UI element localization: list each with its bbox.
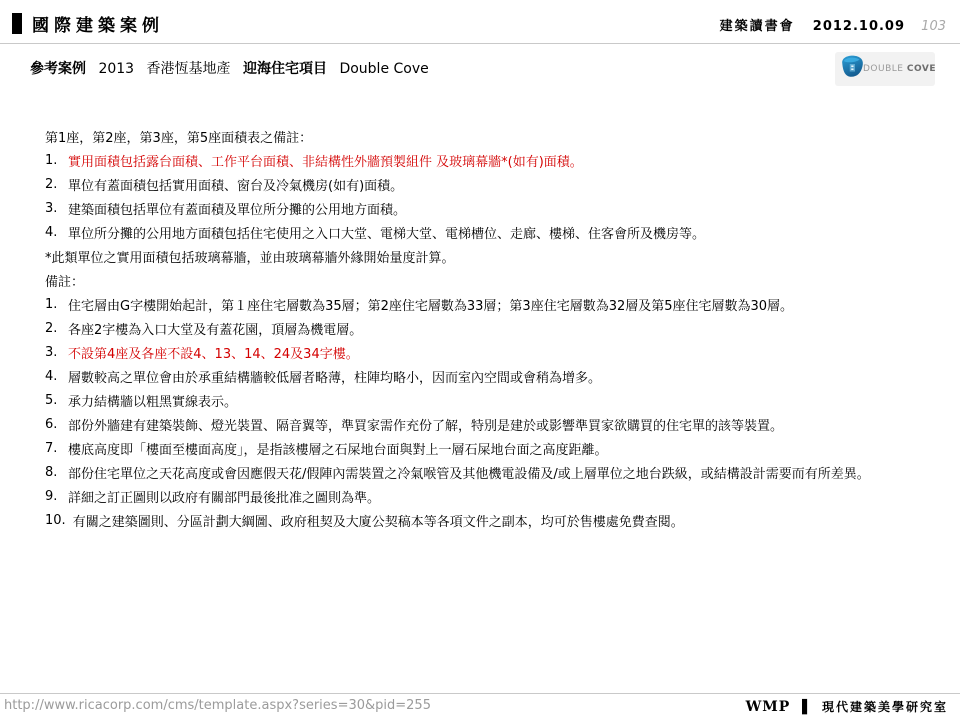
intro-line: 第1座，第2座，第3座，第5座面積表之備註： (45, 124, 950, 148)
note-number: 3. (45, 201, 61, 216)
header-meta: 建築讀書會 2012.10.09 103 (720, 15, 946, 34)
remark-text: 部份住宅單位之天花高度或會因應假天花/假陣內需裝置之冷氣喉管及其他機電設備及/或… (68, 463, 870, 482)
page-title: 國際建築案例 (32, 11, 164, 36)
remark-text: 住宅層由G字樓開始起計，第１座住宅層數為35層；第2座住宅層數為33層；第3座住… (68, 295, 793, 314)
remark-item: 4. 層數較高之單位會由於承重結構牆較低層者略薄，柱陣均略小，因而室內空間或會稍… (45, 364, 950, 388)
note-number: 4. (45, 225, 61, 240)
remark-item: 2. 各座2字樓為入口大堂及有蓋花園，頂層為機電層。 (45, 316, 950, 340)
footer-brand: WMP (746, 699, 791, 715)
footer-branding: WMP ▌ 現代建築美學研究室 (746, 698, 948, 715)
note-text: 單位所分攤的公用地方面積包括住宅使用之入口大堂、電梯大堂、電梯槽位、走廊、樓梯、… (68, 223, 705, 242)
area-note-item: 3. 建築面積包括單位有蓋面積及單位所分攤的公用地方面積。 (45, 196, 950, 220)
remark-item: 9. 詳細之訂正圖則以政府有關部門最後批准之圖則為準。 (45, 484, 950, 508)
intro-text: 第1座，第2座，第3座，第5座面積表之備註： (45, 127, 312, 146)
subtitle-project-en: Double Cove (339, 61, 428, 77)
subtitle-project: 迎海住宅項目 (243, 61, 327, 77)
footer-studio: 現代建築美學研究室 (822, 700, 948, 714)
remark-text: 樓底高度即「樓面至樓面高度」，是指該樓層之石屎地台面與對上一層石屎地台面之高度距… (68, 439, 608, 458)
asterisk-note: *此類單位之實用面積包括玻璃幕牆，並由玻璃幕牆外緣開始量度計算。 (45, 244, 950, 268)
asterisk-note-text: *此類單位之實用面積包括玻璃幕牆，並由玻璃幕牆外緣開始量度計算。 (45, 247, 455, 266)
remark-item: 3. 不設第4座及各座不設4、13、14、24及34字樓。 (45, 340, 950, 364)
presentation-slide: 國際建築案例 建築讀書會 2012.10.09 103 參考案例 2013 香港… (0, 0, 960, 720)
subtitle-year: 2013 (98, 61, 134, 77)
logo-word-cove: COVE (907, 64, 936, 74)
remark-number: 6. (45, 417, 61, 432)
remark-text: 不設第4座及各座不設4、13、14、24及34字樓。 (68, 343, 359, 362)
remark-number: 4. (45, 369, 61, 384)
note-number: 1. (45, 153, 61, 168)
note-text: 單位有蓋面積包括實用面積、窗台及冷氣機房(如有)面積。 (68, 175, 403, 194)
case-subtitle: 參考案例 2013 香港恆基地產 迎海住宅項目 Double Cove (30, 58, 429, 78)
note-text: 建築面積包括單位有蓋面積及單位所分攤的公用地方面積。 (68, 199, 406, 218)
remark-number: 8. (45, 465, 61, 480)
area-note-item: 1. 實用面積包括露台面積、工作平台面積、非結構性外牆預製組件 及玻璃幕牆*(如… (45, 148, 950, 172)
remark-item: 6. 部份外牆建有建築裝飾、燈光裝置、隔音翼等，準買家需作充份了解，特別是建於或… (45, 412, 950, 436)
remark-item: 1. 住宅層由G字樓開始起計，第１座住宅層數為35層；第2座住宅層數為33層；第… (45, 292, 950, 316)
slide-footer: http://www.ricacorp.com/cms/template.asp… (0, 693, 960, 720)
remarks-title-text: 備註： (45, 271, 84, 290)
remark-text: 部份外牆建有建築裝飾、燈光裝置、隔音翼等，準買家需作充份了解，特別是建於或影響準… (68, 415, 783, 434)
remark-number: 7. (45, 441, 61, 456)
source-url: http://www.ricacorp.com/cms/template.asp… (4, 698, 431, 713)
slide-header: 國際建築案例 建築讀書會 2012.10.09 103 (0, 0, 960, 44)
remark-item: 5. 承力結構牆以粗黑實線表示。 (45, 388, 950, 412)
logo-text: DOUBLE COVE (863, 64, 936, 74)
remark-text: 詳細之訂正圖則以政府有關部門最後批准之圖則為準。 (68, 487, 380, 506)
logo-word-double: DOUBLE (863, 64, 903, 74)
remark-number: 2. (45, 321, 61, 336)
subtitle-developer: 香港恆基地產 (147, 61, 231, 77)
double-cove-logo: DOUBLE COVE (835, 52, 935, 86)
subtitle-label: 參考案例 (30, 61, 86, 77)
area-note-item: 4. 單位所分攤的公用地方面積包括住宅使用之入口大堂、電梯大堂、電梯槽位、走廊、… (45, 220, 950, 244)
remark-text: 承力結構牆以粗黑實線表示。 (68, 391, 237, 410)
note-number: 2. (45, 177, 61, 192)
title-marker-bar (12, 13, 22, 34)
remark-item: 8. 部份住宅單位之天花高度或會因應假天花/假陣內需裝置之冷氣喉管及其他機電設備… (45, 460, 950, 484)
remark-number: 3. (45, 345, 61, 360)
page-number: 103 (921, 19, 946, 34)
area-note-item: 2. 單位有蓋面積包括實用面積、窗台及冷氣機房(如有)面積。 (45, 172, 950, 196)
note-text: 實用面積包括露台面積、工作平台面積、非結構性外牆預製組件 及玻璃幕牆*(如有)面… (68, 151, 583, 170)
remark-number: 9. (45, 489, 61, 504)
club-name: 建築讀書會 (720, 19, 795, 34)
remark-text: 有關之建築圖則、分區計劃大綱圖、政府租契及大廈公契稿本等各項文件之副本，均可於售… (73, 511, 684, 530)
remark-number: 1. (45, 297, 61, 312)
remark-text: 各座2字樓為入口大堂及有蓋花園，頂層為機電層。 (68, 319, 362, 338)
remark-text: 層數較高之單位會由於承重結構牆較低層者略薄，柱陣均略小，因而室內空間或會稍為增多… (68, 367, 601, 386)
footer-divider-icon: ▌ (802, 700, 812, 715)
slide-body: 第1座，第2座，第3座，第5座面積表之備註： 1. 實用面積包括露台面積、工作平… (45, 124, 950, 532)
remark-number: 5. (45, 393, 61, 408)
remarks-title: 備註： (45, 268, 950, 292)
remark-item: 10. 有關之建築圖則、分區計劃大綱圖、政府租契及大廈公契稿本等各項文件之副本，… (45, 508, 950, 532)
remark-number: 10. (45, 513, 66, 528)
remark-item: 7. 樓底高度即「樓面至樓面高度」，是指該樓層之石屎地台面與對上一層石屎地台面之… (45, 436, 950, 460)
slide-date: 2012.10.09 (813, 19, 905, 34)
